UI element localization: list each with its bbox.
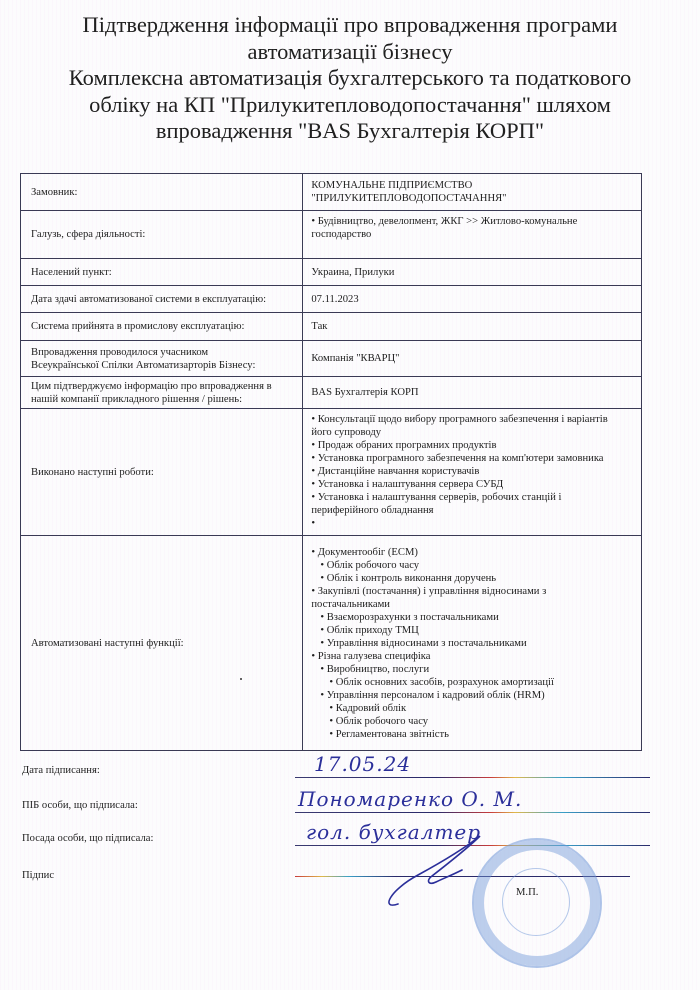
list-item: • Документообіг (ECM) <box>311 546 633 559</box>
seal-place-label: М.П. <box>516 887 538 898</box>
signing-date-row: Дата підписання: 17.05.24 <box>22 758 642 778</box>
table-row-solution: Цим підтверджуємо інформацію про впровад… <box>21 377 642 409</box>
document-title: Підтвердження інформації про впровадженн… <box>0 12 700 145</box>
list-item: • Облік основних засобів, розрахунок амо… <box>311 676 633 689</box>
title-line: Комплексна автоматизація бухгалтерського… <box>0 65 700 92</box>
list-item: • Установка програмного забезпечення на … <box>311 452 633 465</box>
list-item: • Різна галузева специфіка <box>311 650 633 663</box>
row-value: КОМУНАЛЬНЕ ПІДПРИЄМСТВО "ПРИЛУКИТЕПЛОВОД… <box>303 174 642 211</box>
functions-list: • Документообіг (ECM)• Облік робочого ча… <box>303 536 642 751</box>
list-item: • Облік робочого часу <box>311 559 633 572</box>
signing-date-value: 17.05.24 <box>314 752 411 776</box>
list-item: • Консультації щодо вибору програмного з… <box>311 413 633 426</box>
list-item: • Управління відносинами з постачальника… <box>311 637 633 650</box>
handwritten-signature <box>370 830 500 910</box>
row-label: Населений пункт: <box>21 259 303 286</box>
row-label: Цим підтверджуємо інформацію про впровад… <box>21 377 303 409</box>
list-item: периферійного обладнання <box>311 504 633 517</box>
row-value: Компанія "КВАРЦ" <box>303 341 642 377</box>
list-item: постачальниками <box>311 598 633 611</box>
row-label: Замовник: <box>21 174 303 211</box>
list-item: • Облік робочого часу <box>311 715 633 728</box>
works-list: • Консультації щодо вибору програмного з… <box>303 409 642 536</box>
signer-name-label: ПІБ особи, що підписала: <box>22 800 138 811</box>
row-label: Галузь, сфера діяльності: <box>21 211 303 259</box>
implementation-info-table: Замовник: КОМУНАЛЬНЕ ПІДПРИЄМСТВО "ПРИЛУ… <box>20 173 642 751</box>
list-item: • Продаж обраних програмних продуктів <box>311 439 633 452</box>
signer-name-row: ПІБ особи, що підписала: Пономаренко О. … <box>22 793 642 813</box>
table-row-functions: Автоматизовані наступні функції: • Докум… <box>21 536 642 751</box>
signer-name-value: Пономаренко О. М. <box>298 787 522 811</box>
list-item: • Дистанційне навчання користувачів <box>311 465 633 478</box>
table-row-accepted: Система прийнята в промислову експлуатац… <box>21 313 642 341</box>
table-row-commissioning-date: Дата здачі автоматизованої системи в екс… <box>21 286 642 313</box>
list-item: • Закупівлі (постачання) і управління ві… <box>311 585 633 598</box>
table-row-industry: Галузь, сфера діяльності: • Будівництво,… <box>21 211 642 259</box>
seal-inner-ring <box>502 868 570 936</box>
list-item: • <box>311 517 633 530</box>
row-value: 07.11.2023 <box>303 286 642 313</box>
row-label: Система прийнята в промислову експлуатац… <box>21 313 303 341</box>
table-row-works: Виконано наступні роботи: • Консультації… <box>21 409 642 536</box>
list-item: • Установка і налаштування серверів, роб… <box>311 491 633 504</box>
table-row-customer: Замовник: КОМУНАЛЬНЕ ПІДПРИЄМСТВО "ПРИЛУ… <box>21 174 642 211</box>
signing-date-line <box>295 777 650 778</box>
row-value: Так <box>303 313 642 341</box>
title-line: впровадження "BAS Бухгалтерія КОРП" <box>0 118 700 145</box>
list-item: • Облік приходу ТМЦ <box>311 624 633 637</box>
list-item: • Установка і налаштування сервера СУБД <box>311 478 633 491</box>
scanned-page: Підтвердження інформації про впровадженн… <box>0 0 700 990</box>
list-item: його супроводу <box>311 426 633 439</box>
list-item: • Регламентована звітність <box>311 728 633 741</box>
row-value: BAS Бухгалтерія КОРП <box>303 377 642 409</box>
signer-position-label: Посада особи, що підписала: <box>22 833 153 844</box>
row-label: Автоматизовані наступні функції: <box>21 536 303 751</box>
signer-name-line <box>295 812 650 813</box>
row-value: Украина, Прилуки <box>303 259 642 286</box>
table-row-locality: Населений пункт: Украина, Прилуки <box>21 259 642 286</box>
row-value: • Будівництво, девелопмент, ЖКГ >> Житло… <box>303 211 642 259</box>
title-line: Підтвердження інформації про впровадженн… <box>0 12 700 39</box>
table-row-implementer: Впровадження проводилося учасником Всеук… <box>21 341 642 377</box>
list-item: • Управління персоналом і кадровий облік… <box>311 689 633 702</box>
title-line: обліку на КП "Прилукитепловодопостачання… <box>0 92 700 119</box>
signing-date-label: Дата підписання: <box>22 765 100 776</box>
stray-dot <box>240 678 242 680</box>
row-label: Виконано наступні роботи: <box>21 409 303 536</box>
list-item: • Виробництво, послуги <box>311 663 633 676</box>
list-item: • Облік і контроль виконання доручень <box>311 572 633 585</box>
list-item: • Кадровий облік <box>311 702 633 715</box>
row-label: Впровадження проводилося учасником Всеук… <box>21 341 303 377</box>
title-line: автоматизації бізнесу <box>0 39 700 66</box>
list-item: • Взаєморозрахунки з постачальниками <box>311 611 633 624</box>
signature-label: Підпис <box>22 870 54 881</box>
row-label: Дата здачі автоматизованої системи в екс… <box>21 286 303 313</box>
